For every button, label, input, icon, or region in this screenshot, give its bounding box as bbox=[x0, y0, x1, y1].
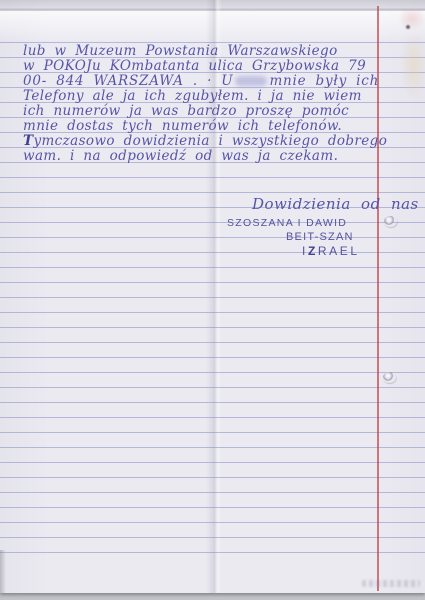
letter-line: Tymczasowo dowidzienia i wszystkiego dob… bbox=[23, 134, 419, 149]
letter-line: mnie dostas tych numerów ich telefonów. bbox=[23, 119, 419, 134]
letter-line: w POKOJu KOmbatanta ulica Grzybowska 79 bbox=[23, 59, 419, 74]
faint-print-mark bbox=[362, 580, 420, 587]
overwritten-letter: Z bbox=[308, 244, 318, 258]
signature-farewell: Dowidzienia od nas bbox=[252, 195, 419, 213]
letter-line-text: ymczasowo dowidzienia i wszystkiego dobr… bbox=[33, 133, 387, 149]
paper-edge-shadow bbox=[0, 550, 6, 593]
letter-line: wam. i na odpowiedź od was ja czekam. bbox=[23, 149, 419, 164]
letter-line: Telefony ale ja ich zgubyłem. i ja nie w… bbox=[23, 89, 419, 104]
punch-hole-top bbox=[384, 216, 397, 227]
letter-line-text: mnie były ich bbox=[269, 73, 379, 89]
paper-sheet: lub w Muzeum Powstania Warszawskiego w P… bbox=[0, 0, 425, 593]
letter-line-text: 00- 844 WARSZAWA . · U bbox=[23, 73, 233, 89]
signature-place: BEIT-SZAN bbox=[286, 231, 354, 243]
letter-line: lub w Muzeum Powstania Warszawskiego bbox=[23, 44, 419, 59]
letter-scan: lub w Muzeum Powstania Warszawskiego w P… bbox=[0, 0, 425, 600]
smudged-word bbox=[235, 76, 267, 86]
punch-hole-bottom bbox=[383, 372, 396, 383]
ink-speck bbox=[406, 25, 410, 29]
overwritten-initial: T bbox=[23, 133, 33, 149]
letter-line: 00- 844 WARSZAWA . · Umnie były ich bbox=[23, 74, 419, 89]
signature-country-text: RAEL bbox=[318, 244, 360, 258]
letter-body: lub w Muzeum Powstania Warszawskiego w P… bbox=[23, 44, 419, 164]
signature-names: SZOSZANA I DAWID bbox=[227, 217, 347, 229]
letter-line: ich numerów ja was bardzo proszę pomóc bbox=[23, 104, 419, 119]
signature-country: IZRAEL bbox=[302, 244, 360, 258]
